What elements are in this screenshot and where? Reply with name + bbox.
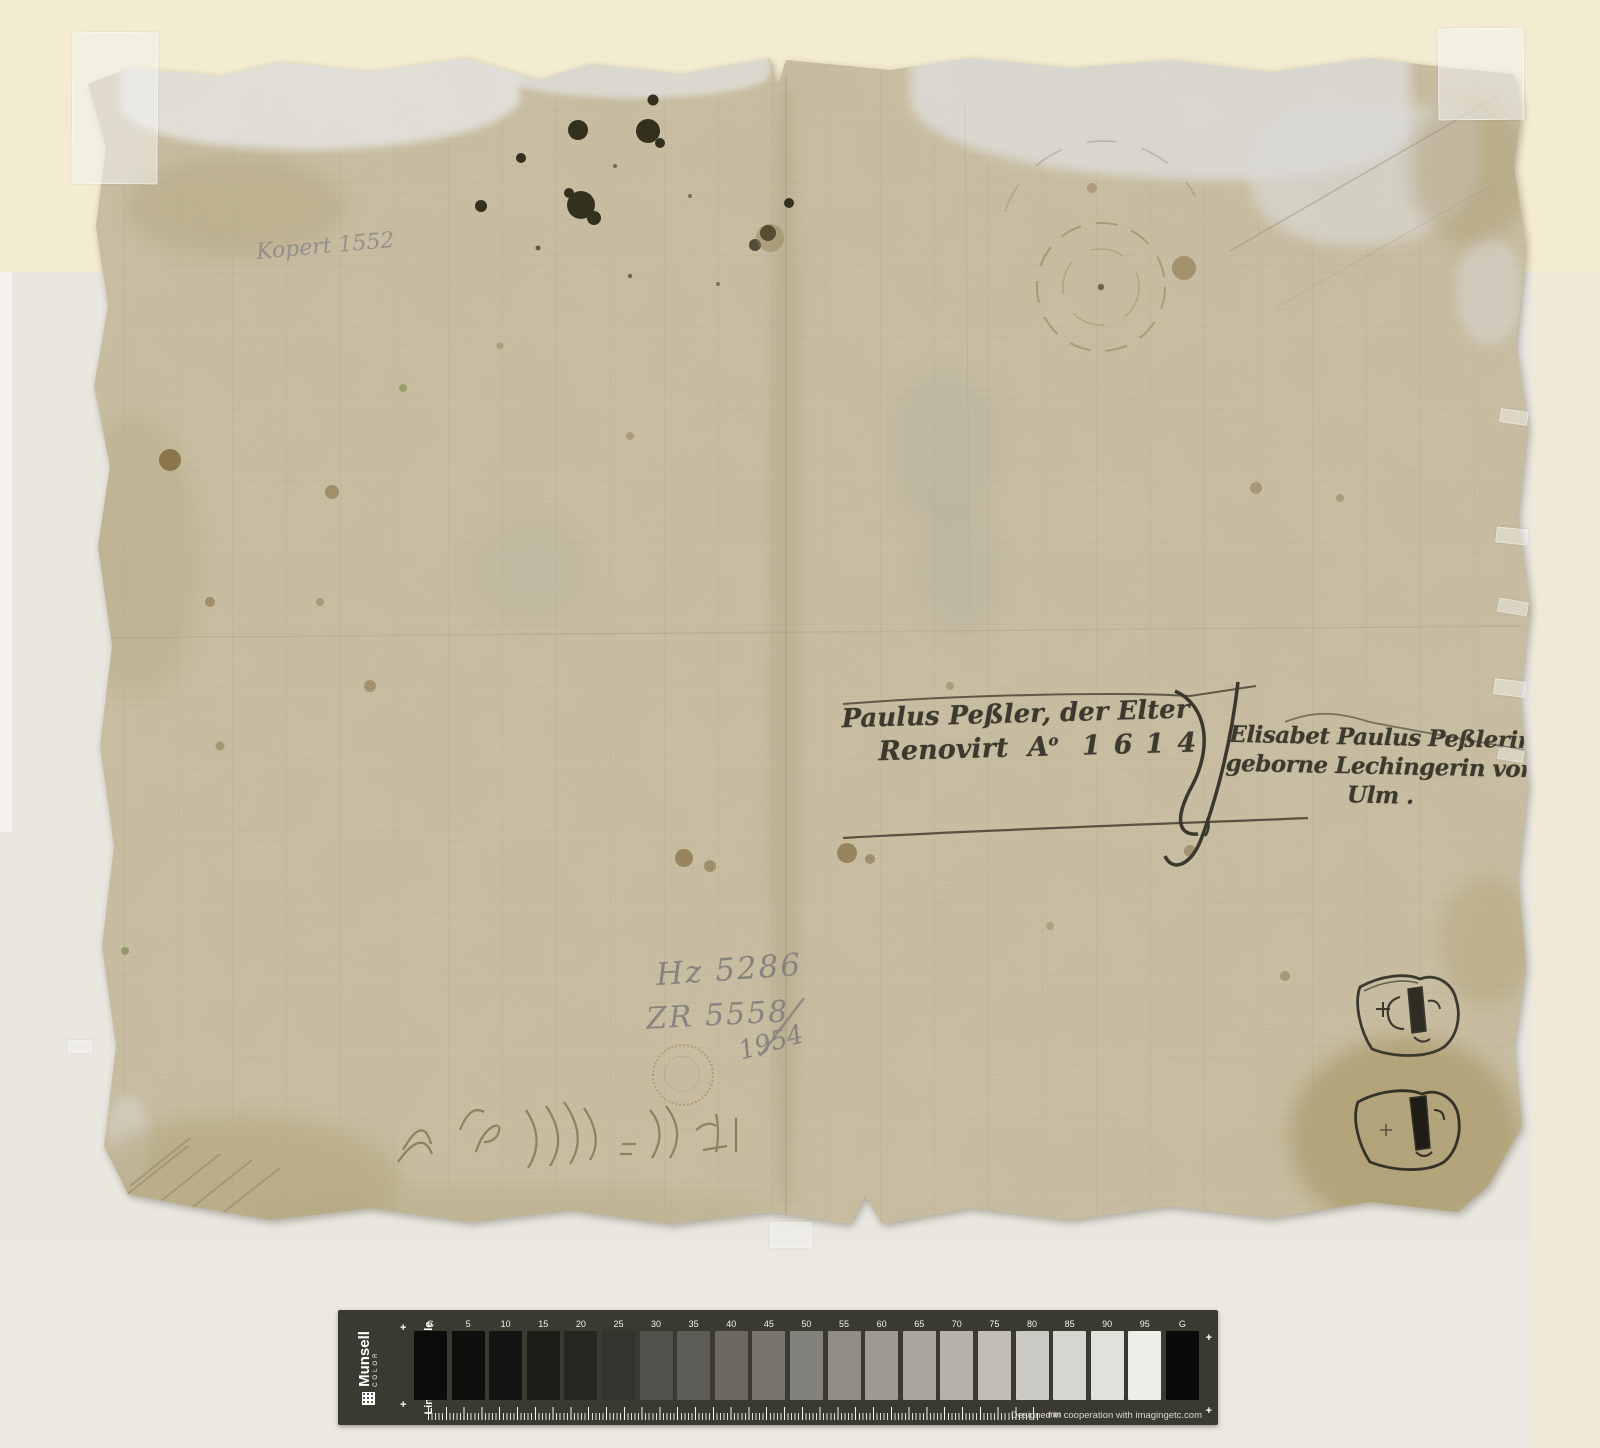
gray-patch-70: 70 — [940, 1318, 973, 1400]
gray-patch-label: 10 — [501, 1318, 511, 1331]
gray-patch-swatch — [1166, 1331, 1199, 1400]
photograph-of-document-verso: { "artwork": { "pencil_note": "Kopert 15… — [0, 0, 1600, 1448]
gray-patch-label: 55 — [839, 1318, 849, 1331]
gray-patch-swatch — [677, 1331, 710, 1400]
registration-plus-bottom-right: + — [1206, 1405, 1212, 1417]
tape-right-edge-2 — [1495, 526, 1528, 545]
gray-patch-label: 70 — [952, 1318, 962, 1331]
gray-patch-75: 75 — [978, 1318, 1011, 1400]
gray-scale-patches: G5101520253035404550556065707580859095G — [414, 1318, 1203, 1400]
tape-left-edge — [68, 1040, 92, 1053]
gray-patch-50: 50 — [790, 1318, 823, 1400]
tape-top-left — [71, 32, 158, 185]
gray-patch-label: 30 — [651, 1318, 661, 1331]
gray-patch-G2: G — [1166, 1318, 1199, 1400]
gray-patch-label: 40 — [726, 1318, 736, 1331]
gray-patch-G: G — [414, 1318, 447, 1400]
munsell-brand: Munsell COLOR — [357, 1322, 379, 1414]
gray-patch-label: 5 — [466, 1318, 471, 1331]
gray-patch-swatch — [640, 1331, 673, 1400]
gray-patch-label: 25 — [613, 1318, 623, 1331]
gray-patch-swatch — [940, 1331, 973, 1400]
tape-bottom-center — [770, 1222, 812, 1248]
gray-patch-65: 65 — [903, 1318, 936, 1400]
gray-patch-label: 90 — [1102, 1318, 1112, 1331]
gray-patch-label: 60 — [877, 1318, 887, 1331]
gray-patch-swatch — [1128, 1331, 1161, 1400]
gray-patch-swatch — [1016, 1331, 1049, 1400]
registration-plus-top-right: + — [1206, 1332, 1212, 1344]
gray-patch-45: 45 — [752, 1318, 785, 1400]
gray-patch-swatch — [828, 1331, 861, 1400]
gray-patch-label: G — [427, 1318, 434, 1331]
gray-patch-20: 20 — [564, 1318, 597, 1400]
gray-patch-15: 15 — [527, 1318, 560, 1400]
gray-patch-swatch — [527, 1331, 560, 1400]
gray-patch-swatch — [752, 1331, 785, 1400]
gray-patch-95: 95 — [1128, 1318, 1161, 1400]
gray-patch-swatch — [602, 1331, 635, 1400]
mat-right-band — [1532, 272, 1600, 1448]
gray-patch-label: 80 — [1027, 1318, 1037, 1331]
registration-plus-bottom-left: + — [400, 1399, 406, 1411]
tape-top-right — [1438, 28, 1525, 121]
gray-patch-swatch — [414, 1331, 447, 1400]
gray-patch-5: 5 — [452, 1318, 485, 1400]
paper-sheet: Paulus Peßler, der Elter Renovirt Ao 161… — [70, 46, 1534, 1246]
gray-patch-10: 10 — [489, 1318, 522, 1400]
gray-patch-25: 25 — [602, 1318, 635, 1400]
gray-patch-30: 30 — [640, 1318, 673, 1400]
gray-patch-label: 75 — [989, 1318, 999, 1331]
gray-patch-swatch — [865, 1331, 898, 1400]
munsell-grid-icon — [362, 1391, 375, 1404]
credit-text: Designed in cooperation with imagingetc.… — [1011, 1410, 1202, 1421]
gray-patch-label: 85 — [1065, 1318, 1075, 1331]
gray-patch-label: 50 — [801, 1318, 811, 1331]
gray-patch-85: 85 — [1053, 1318, 1086, 1400]
paper-sheet-wrap: Paulus Peßler, der Elter Renovirt Ao 161… — [70, 46, 1534, 1246]
gray-patch-swatch — [564, 1331, 597, 1400]
mm-ruler-major-ticks — [428, 1407, 1041, 1420]
gray-patch-label: 45 — [764, 1318, 774, 1331]
gray-patch-label: 20 — [576, 1318, 586, 1331]
gray-patch-swatch — [903, 1331, 936, 1400]
gray-patch-label: 65 — [914, 1318, 924, 1331]
gray-patch-swatch — [452, 1331, 485, 1400]
gray-patch-55: 55 — [828, 1318, 861, 1400]
brand-sub: COLOR — [373, 1331, 379, 1387]
gray-patch-swatch — [1053, 1331, 1086, 1400]
mat-left-sliver — [0, 272, 12, 832]
gray-patch-swatch — [790, 1331, 823, 1400]
gray-patch-40: 40 — [715, 1318, 748, 1400]
paper-grain-texture — [70, 46, 1534, 1246]
gray-patch-swatch — [978, 1331, 1011, 1400]
gray-patch-swatch — [715, 1331, 748, 1400]
gray-patch-60: 60 — [865, 1318, 898, 1400]
gray-patch-label: G — [1179, 1318, 1186, 1331]
brand-name: Munsell — [357, 1331, 372, 1387]
registration-plus-top-left: + — [400, 1322, 406, 1334]
gray-patch-label: 35 — [689, 1318, 699, 1331]
munsell-gray-scale-bar: Munsell COLOR Linear Gray Scale + + + + … — [338, 1310, 1218, 1425]
gray-patch-35: 35 — [677, 1318, 710, 1400]
gray-patch-swatch — [489, 1331, 522, 1400]
gray-patch-label: 15 — [538, 1318, 548, 1331]
gray-patch-swatch — [1091, 1331, 1124, 1400]
gray-patch-90: 90 — [1091, 1318, 1124, 1400]
gray-patch-80: 80 — [1016, 1318, 1049, 1400]
gray-patch-label: 95 — [1140, 1318, 1150, 1331]
